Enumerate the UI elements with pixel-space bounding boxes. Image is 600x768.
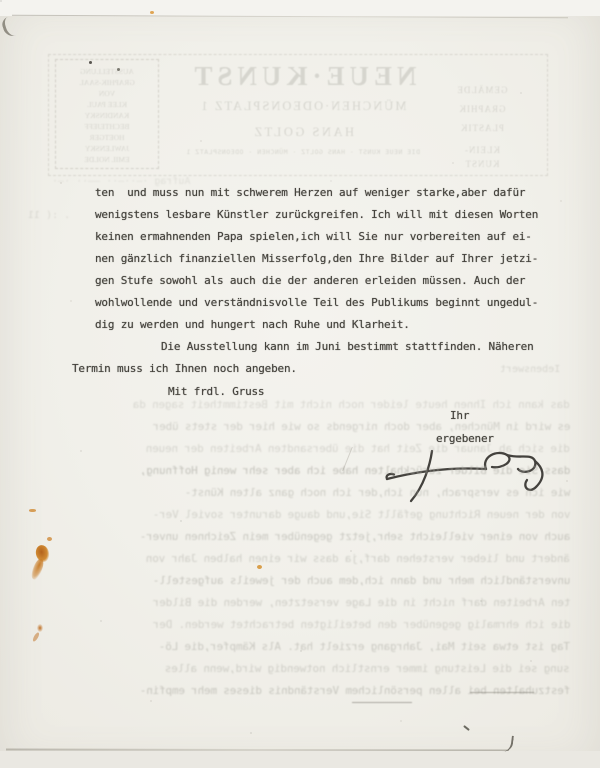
foxing-stain — [29, 557, 46, 581]
foxing-stain — [150, 11, 154, 14]
bleedthrough-fragment: Aufrag ·—··—·· ——·· ·—· — [52, 176, 190, 187]
letterhead-artist-name: EMIL NOLDE — [56, 154, 158, 165]
letterhead-address: MÜNCHEN·ODEONSPLATZ 1 — [159, 99, 447, 114]
letterhead-proprietor: HANS GOLTZ — [159, 125, 447, 140]
foxing-stain — [37, 624, 43, 632]
letter-line: ten und muss nun mit schwerem Herzen auf… — [95, 186, 525, 199]
letter-line: wenigstens lesbare Künstler zurückgreife… — [95, 208, 538, 221]
bleedthrough-line: festzuhalten bei allen persönlichem Vers… — [140, 684, 570, 697]
letter-line: Mit frdl. Gruss — [168, 385, 264, 398]
ink-speck — [89, 61, 92, 64]
letterhead-bleedthrough: GEMÄLDEGRAPHIKPLASTIKKLEIN-KUNST NEUE·KU… — [48, 54, 548, 176]
bleedthrough-underline — [352, 702, 412, 703]
bleedthrough-line: die sich ab Januar die Zeit hat die über… — [146, 442, 570, 455]
bleedthrough-line: ten Arbeiten darf nicht in die Lage vers… — [153, 596, 570, 609]
paper-corner-curl-bottom-right — [498, 734, 514, 753]
bleedthrough-line: das kann ich Ihnen heute leider noch nic… — [133, 398, 570, 411]
letterhead-category: KUNST — [447, 155, 517, 174]
paper-sheet: GEMÄLDEGRAPHIKPLASTIKKLEIN-KUNST NEUE·KU… — [0, 0, 600, 768]
letterhead-artist-name: KANDINSKY — [56, 110, 158, 121]
letterhead-title: NEUE·KUNST — [159, 61, 447, 92]
foxing-stain — [32, 632, 40, 643]
scan-background-top — [0, 0, 600, 16]
ink-speck — [463, 725, 470, 731]
bleedthrough-fragment: . :( 11 — [28, 210, 70, 221]
foxing-stain — [29, 509, 36, 512]
bleedthrough-line: auch von einer vielleicht sehr,jetzt geg… — [140, 530, 570, 543]
letterhead-subline: DIE NEUE KUNST · HANS GOLTZ · MÜNCHEN · … — [147, 148, 459, 156]
letter-line: wohlwollende und verständnisvolle Teil d… — [95, 296, 538, 309]
letter-line: gen Stufe sowohl als auch die der andere… — [95, 274, 525, 287]
bleedthrough-line: die ich ehrmalig gegenüber den beteiligt… — [153, 618, 570, 631]
letter-line: keinen ermahnenden Papa spielen,ich will… — [95, 230, 532, 243]
scanned-letter-page: GEMÄLDEGRAPHIKPLASTIKKLEIN-KUNST NEUE·KU… — [0, 0, 600, 768]
letter-line: dig zu werden und hungert nach Ruhe und … — [95, 318, 410, 331]
letterhead-artist-name: AUSSTELLUNG — [56, 66, 158, 77]
bleedthrough-line: dass Sie die Bilder zurückhalten habe ic… — [140, 464, 570, 477]
letterhead-artist-name: KLEE PAUL — [56, 99, 158, 110]
bleedthrough-line: wie ich es versprach, nun ich,der ich no… — [185, 486, 570, 499]
letterhead-artist-name: GRAPHIK-SAAL — [56, 77, 158, 88]
letterhead-artist-box: AUSSTELLUNGGRAPHIK-SAALVONKLEE PAULKANDI… — [55, 59, 159, 169]
letter-line: Die Ausstellung kann im Juni bestimmt st… — [161, 340, 534, 353]
paper-noise — [0, 0, 2, 2]
bleedthrough-line: Tag ist etwa seit Mai, Jahrgang erzielt … — [159, 640, 570, 653]
letterhead-category: GEMÄLDE — [447, 81, 517, 100]
letterhead-category: PLASTIK — [447, 119, 517, 138]
bleedthrough-line: ändert und lieber verstehen darf,ja dass… — [146, 552, 570, 565]
ink-speck — [117, 68, 120, 71]
scan-background-bottom — [0, 751, 600, 768]
bleedthrough-line: sung sei die Leistung immer ernstlich no… — [165, 662, 570, 675]
bleedthrough-fragment: Iebenswert — [500, 364, 560, 375]
bleedthrough-line: unverständlich mehr und dann ich,dem auc… — [153, 574, 570, 587]
paper-corner-curl-top-left — [0, 15, 19, 38]
bleedthrough-line: es wird in München, aber doch nirgends s… — [153, 420, 570, 433]
bleedthrough-underline — [470, 692, 534, 693]
letterhead-artist-name: JAWLENSKY — [56, 143, 158, 154]
foxing-stain — [47, 537, 52, 541]
letterhead-artist-name: VON — [56, 88, 158, 99]
foxing-stain — [257, 565, 262, 569]
letterhead-category: GRAPHIK — [447, 100, 517, 119]
bleedthrough-line: von der neuen Richtung gefällt Sie,und d… — [153, 508, 570, 521]
letter-line: Termin muss ich Ihnen noch angeben. — [72, 362, 297, 375]
letterhead-artist-name: HOETGER — [56, 132, 158, 143]
letterhead-artist-name: BECHTEJEFF — [56, 121, 158, 132]
letter-line: nen gänzlich finanziellen Misserfolg,den… — [95, 252, 538, 265]
